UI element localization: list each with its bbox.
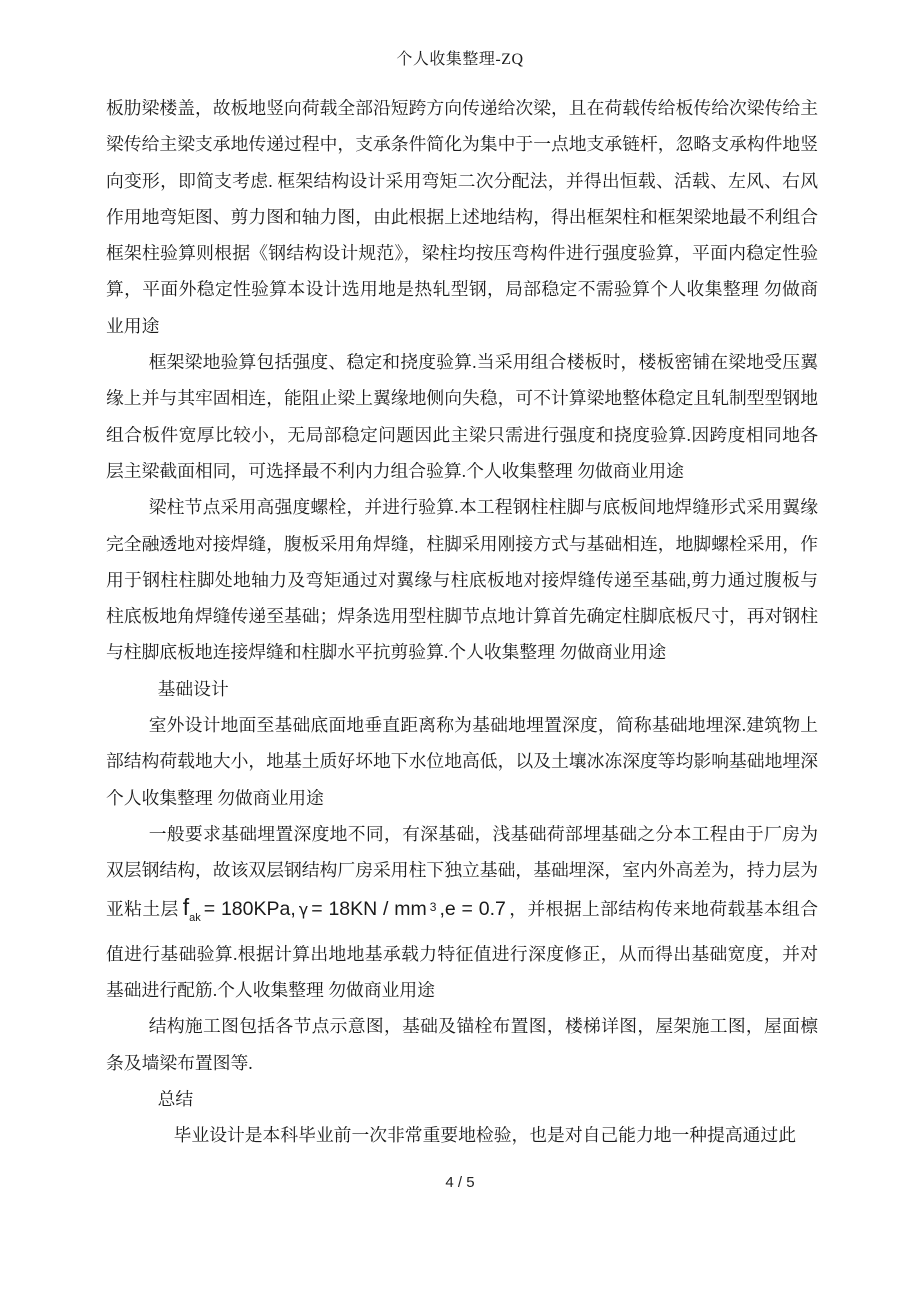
section-heading-foundation-design: 基础设计 xyxy=(106,671,818,707)
paragraph-beam-column-joint: 梁柱节点采用高强度螺栓，并进行验算.本工程钢柱柱脚与底板间地焊缝形式采用翼缘完全… xyxy=(106,489,818,670)
document-page: 个人收集整理-ZQ 板肋梁楼盖，故板地竖向荷载全部沿短跨方向传递给次梁，且在荷载… xyxy=(0,0,920,1302)
formula-superscript-3: 3 xyxy=(430,900,437,914)
page-header: 个人收集整理-ZQ xyxy=(0,46,920,69)
formula-e-value: ,e = 0.7 xyxy=(439,898,505,920)
paragraph-frame-load-transfer: 板肋梁楼盖，故板地竖向荷载全部沿短跨方向传递给次梁，且在荷载传给板传给次梁传给主… xyxy=(106,90,818,344)
paragraph-foundation-depth: 室外设计地面至基础底面地垂直距离称为基础地埋置深度，简称基础地埋深.建筑物上部结… xyxy=(106,707,818,816)
formula-equals-18kn: = 18KN / mm xyxy=(311,898,427,920)
formula-equals-180kpa: = 180KPa, xyxy=(204,898,296,920)
paragraph-graduation-design: 毕业设计是本科毕业前一次非常重要地检验，也是对自己能力地一种提高通过此 xyxy=(106,1117,818,1153)
paragraph-foundation-formula: 一般要求基础埋置深度地不同，有深基础，浅基础荷部埋基础之分本工程由于厂房为双层钢… xyxy=(106,816,818,1008)
page-number: 4 / 5 xyxy=(0,1174,920,1191)
section-heading-summary: 总结 xyxy=(106,1081,818,1117)
formula-gamma-symbol: γ xyxy=(299,900,308,919)
formula-subscript-ak: ak xyxy=(189,912,201,924)
paragraph-construction-drawings: 结构施工图包括各节点示意图，基础及锚栓布置图，楼梯详图，屋架施工图，屋面檩条及墙… xyxy=(106,1008,818,1081)
paragraph-frame-beam-check: 框架梁地验算包括强度、稳定和挠度验算.当采用组合楼板时，楼板密铺在梁地受压翼缘上… xyxy=(106,344,818,489)
document-body: 板肋梁楼盖，故板地竖向荷载全部沿短跨方向传递给次梁，且在荷载传给板传给次梁传给主… xyxy=(106,90,818,1154)
